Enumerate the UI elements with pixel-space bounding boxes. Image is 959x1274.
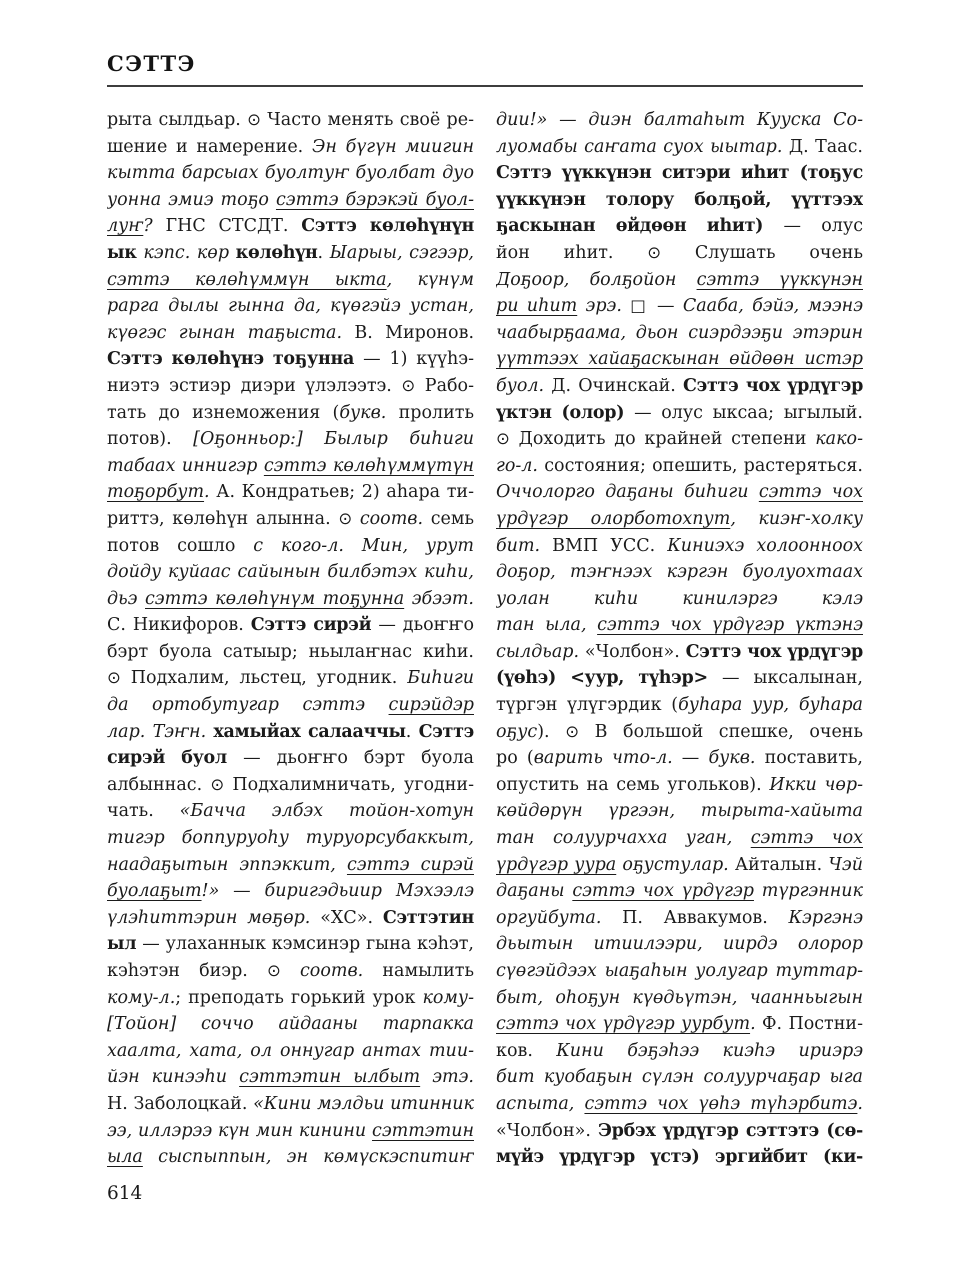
text-run: үктэн (олор) xyxy=(496,403,634,423)
text-run: !» — биригэдьиир Мэхээлэ xyxy=(202,881,474,901)
text-run: оргуйбута. xyxy=(496,908,622,928)
text-line: кытта барсыах буолтуҥ буолбат дуо xyxy=(107,160,474,187)
text-run: ВМП УСС. xyxy=(552,536,667,556)
text-line: луҥ? ГНС СТСДТ. Сэттэ көлөһүнүн xyxy=(107,213,474,240)
text-line: сэттэ көлөһүммүн ыкта, күнүм хараа- xyxy=(107,267,474,294)
text-run: эбээт. xyxy=(404,589,474,609)
text-run: сэттэ сирэй xyxy=(347,855,474,875)
text-line: кэһэтэн биэр. ⊙ соотв. намылить голову xyxy=(107,958,474,985)
text-run: Сэттэ xyxy=(419,722,474,742)
text-run: оҕустулар. xyxy=(616,855,735,875)
text-line: Оччолорго даҕаны биһиги сэттэ чох xyxy=(496,479,863,506)
text-run: Подхалим, льстец, угодник. xyxy=(121,668,407,688)
text-run: уонна эмиэ тоҕо xyxy=(107,190,276,210)
text-run: түргэнник xyxy=(754,881,863,901)
text-run: көйдөрүн үргээн, тырыта-хайыта тыы- xyxy=(496,801,863,825)
text-run: Сэттэ көлөһүнэ тоҕунна xyxy=(107,349,363,369)
text-run: Ф. Постни- xyxy=(762,1014,863,1034)
text-run: потов сошло xyxy=(107,536,253,556)
text-line: потов сошло с кого-л. Мин, урут соҕуруу xyxy=(107,533,474,560)
running-head: СЭТТЭ xyxy=(107,51,196,76)
text-line: ыла сыспыппын, эн көмүскэспитиҥ xyxy=(107,1144,474,1171)
text-line: шение и намерение. Эн бүгүн миигин xyxy=(107,134,474,161)
text-run: «Кини мэлдьи итинник xyxy=(253,1094,474,1114)
text-line: үлэһиттэрин мөҕөр. «ХС». Сэттэтин xyxy=(107,905,474,932)
text-run: . xyxy=(204,482,216,502)
header-rule xyxy=(107,85,863,87)
circled-dot-icon: ⊙ xyxy=(565,722,579,741)
text-line: мүйэ үрдүгэр үстэ) эргийбит (ки- xyxy=(496,1144,863,1171)
text-run: ). xyxy=(537,722,565,742)
text-line: үрдүгэр олорботохпут, киэҥ-холку эти- xyxy=(496,506,863,533)
text-line: Доҕоор, болҕойон сэттэ үүккүнэн ситэ- xyxy=(496,267,863,294)
text-run: соотв. xyxy=(352,509,423,529)
text-run: сирэйдэр xyxy=(389,695,474,715)
text-run: Икки чөр- xyxy=(769,775,863,795)
text-line: го-л. состояния; опешить, растеряться. xyxy=(496,453,863,480)
text-line: сирэй буол — дьоҥҥо бэрт буола сатаа, xyxy=(107,745,474,772)
text-run: да ортобутугар сэттэ xyxy=(107,695,389,715)
text-line: опустить на семь угольков). Икки чөр- xyxy=(496,772,863,799)
text-run: Сэттэтин xyxy=(383,908,474,928)
text-line: риттэ, көлөһүн алынна. ⊙ соотв. семь xyxy=(107,506,474,533)
text-run: ? xyxy=(143,216,165,236)
text-run: варить что-л. xyxy=(534,748,673,768)
text-run: рарга дылы гынна да, күөгэйэ устан, xyxy=(107,296,474,316)
text-run: тать до изнеможения ( xyxy=(107,403,339,423)
text-line: быт, оһоҕун күөдьүтэн, чаанньыгын xyxy=(496,985,863,1012)
text-run: — xyxy=(673,748,709,768)
text-run: буһара уур, буһара xyxy=(678,695,863,715)
text-run: Подхалимничать, угодни- xyxy=(224,775,474,795)
text-run: ыла xyxy=(107,1147,143,1167)
text-run: Эн бүгүн миигин xyxy=(312,137,474,157)
text-run: кэпс. көр xyxy=(143,243,235,263)
text-run: быт, оһоҕун күөдьүтэн, чаанньыгын xyxy=(496,988,863,1008)
text-line: ро (варить что-л. — букв. поставить, xyxy=(496,745,863,772)
text-line: Н. Заболоцкай. «Кини мэлдьи итинник xyxy=(107,1091,474,1118)
text-line: табаах иннигэр сэттэ көлөһүммүтүн xyxy=(107,453,474,480)
text-run: уолан киһи кинилэргэ кэлэ сылдьыаҕыт- xyxy=(496,589,863,613)
text-line: ⊙ Подхалим, льстец, угодник. Биһиги xyxy=(107,665,474,692)
text-run: Д. Очинскай. xyxy=(551,376,683,396)
text-line: түргэн үлүгэрдик (буһара уур, буһара xyxy=(496,692,863,719)
text-run: Рабо- xyxy=(415,376,474,396)
text-run: луҥ xyxy=(107,216,143,236)
text-line: наадаҕытын эппэккит, сэттэ сирэй xyxy=(107,852,474,879)
text-line: сүөгэйдээх ыаҕаһын уолугар туттар- xyxy=(496,958,863,985)
text-run: Доходить до крайней степени xyxy=(510,429,815,449)
text-run: дойду куйаас сайынын билбэтэх киһи, xyxy=(107,562,474,582)
text-run: буолаҕыт xyxy=(107,881,202,901)
circled-dot-icon: ⊙ xyxy=(247,110,261,129)
circled-dot-icon: ⊙ xyxy=(210,775,224,794)
text-run: ык xyxy=(107,243,143,263)
text-line: уолан киһи кинилэргэ кэлэ сылдьыаҕыт- xyxy=(496,586,863,613)
text-line: сэттэ чох үрдүгэр уурбут. Ф. Постни- xyxy=(496,1011,863,1038)
text-run: — дьоҥҥо xyxy=(378,615,474,635)
text-columns: рыта сылдьар. ⊙ Часто менять своё ре-шен… xyxy=(107,107,863,1171)
text-run: В. Миронов. xyxy=(354,323,474,343)
text-run: . xyxy=(406,722,419,742)
text-line: ҕаскынан өйдөөн иһит) — олус болҕо- xyxy=(496,213,863,240)
text-run: кытта барсыах буолтуҥ буолбат дуо xyxy=(107,163,474,183)
text-run: бит. xyxy=(496,536,552,556)
text-run: сэттэ чох xyxy=(759,482,863,502)
text-run: сэттэтин ылбыт xyxy=(239,1067,420,1087)
text-line: «Чолбон». Эрбэх үрдүгэр сэттэтэ (сө- xyxy=(496,1118,863,1145)
text-run: Биһиги xyxy=(407,668,474,688)
text-line: кому-л.; преподать горький урок кому-л. xyxy=(107,985,474,1012)
text-line: үүккүнэн толору болҕой, үүттээх хайа- xyxy=(496,187,863,214)
text-run: како- xyxy=(815,429,863,449)
circled-dot-icon: ⊙ xyxy=(647,243,661,262)
text-run: күөгэс гынан таҕыста. xyxy=(107,323,354,343)
text-run: . xyxy=(857,1094,863,1114)
text-run: сэттэтин xyxy=(372,1121,474,1141)
text-line: рыта сылдьар. ⊙ Часто менять своё ре- xyxy=(107,107,474,134)
text-line: лар. Тэҥн. хамыйах салааччы. Сэттэ xyxy=(107,719,474,746)
text-run: хамыйах салааччы xyxy=(213,722,405,742)
text-run: Доҕоор, болҕойон xyxy=(496,270,697,290)
text-line: рарга дылы гынна да, күөгэйэ устан, xyxy=(107,293,474,320)
text-line: бит. ВМП УСС. Киниэхэ холоонноох xyxy=(496,533,863,560)
text-line: [Тойон] соччо айдааны тарпакка баран xyxy=(107,1011,474,1038)
text-line: чать. «Бачча элбэх тойон-хотун кэлби- xyxy=(107,798,474,825)
column-right: дии!» — диэн балтаһыт Кууска Со-луомабы … xyxy=(496,107,863,1171)
text-line: көйдөрүн үргээн, тырыта-хайыта тыы- xyxy=(496,798,863,825)
text-run: ро ( xyxy=(496,748,534,768)
text-line: үрдүгэр уура оҕустулар. Айталын. Чэй xyxy=(496,852,863,879)
text-line: йэн кинээһи сэттэтин ылбыт этэ. xyxy=(107,1064,474,1091)
page-number: 614 xyxy=(107,1183,142,1204)
text-run: кэһэтэн биэр. xyxy=(107,961,267,981)
text-run: ГНС СТСДТ. xyxy=(165,216,301,236)
text-run: букв. xyxy=(339,403,386,423)
text-run: «ХС». xyxy=(320,908,383,928)
text-line: Сэттэ көлөһүнэ тоҕунна — 1) күүһэ-сэ- xyxy=(107,346,474,373)
text-line: чаабырҕаама, дьон сиэрдээҕи этэрин xyxy=(496,320,863,347)
text-line: ыл — улаханнык кэмсинэр гына кэһэт, xyxy=(107,931,474,958)
text-line: тан солуурчахха уган, сэттэ чох xyxy=(496,825,863,852)
text-run: йэн кинээһи xyxy=(107,1067,239,1087)
text-run: риттэ, көлөһүн алынна. xyxy=(107,509,338,529)
text-run: рыта сылдьар. xyxy=(107,110,247,130)
text-run: дии!» — диэн балтаһыт Кууска Со- xyxy=(496,110,863,130)
text-line: уонна эмиэ тоҕо сэттэ бэрэкэй буол- xyxy=(107,187,474,214)
text-run: Сэттэ чох үрдүгэр xyxy=(683,376,863,396)
text-line: күөгэс гынан таҕыста. В. Миронов. xyxy=(107,320,474,347)
text-run: — олус ыксаа; ыгылый. xyxy=(634,403,863,423)
text-run: сэттэ чох үөһэ түһэрбитэ xyxy=(584,1094,857,1114)
text-line: тоҕорбут. А. Кондратьев; 2) аһара ти- xyxy=(107,479,474,506)
text-line: С. Никифоров. Сэттэ сирэй — дьоҥҥо xyxy=(107,612,474,639)
text-line: үктэн (олор) — олус ыксаа; ыгылый. xyxy=(496,400,863,427)
text-run: табаах иннигэр xyxy=(107,456,264,476)
text-run: ыл xyxy=(107,934,142,954)
text-run: түргэн үлүгэрдик ( xyxy=(496,695,678,715)
text-run: албыннас. xyxy=(107,775,210,795)
text-run: ; преподать горький урок xyxy=(175,988,422,1008)
text-run: Часто менять своё ре- xyxy=(261,110,474,130)
text-line: ри иһит эрэ. □ — Сааба, бэйэ, мээнэ xyxy=(496,293,863,320)
text-run: буол. xyxy=(496,376,551,396)
text-run: П. Аввакумов. xyxy=(622,908,788,928)
text-run: — xyxy=(649,296,683,316)
column-left: рыта сылдьар. ⊙ Часто менять своё ре-шен… xyxy=(107,107,474,1171)
text-run: Д. Таас. xyxy=(789,137,863,157)
text-run: сэттэ чох үрдүгэр xyxy=(572,881,754,901)
text-run: үрдүгэр олорботохпут xyxy=(496,509,730,529)
text-run: аспыта, xyxy=(496,1094,584,1114)
text-run: Эрбэх үрдүгэр сэттэтэ (сө- xyxy=(598,1121,863,1141)
text-run: потов). xyxy=(107,429,193,449)
text-run: . xyxy=(318,243,330,263)
text-line: ков. Кини бэҕэһээ киэһэ ириэрэ киллэр- xyxy=(496,1038,863,1065)
circled-dot-icon: ⊙ xyxy=(401,376,415,395)
text-run: С. Никифоров. xyxy=(107,615,251,635)
text-run: поставить, xyxy=(755,748,863,768)
text-run: го-л. xyxy=(496,456,538,476)
text-run: сэттэ көлөһүнүм тоҕунна xyxy=(145,589,404,609)
text-run: бэрт буола сатыыр; ньылаҥнас киһи. xyxy=(107,642,474,662)
text-run: сэттэ чох үрдүгэр уурбут xyxy=(496,1014,750,1034)
text-run: сэттэ чох үрдүгэр үктэнэ xyxy=(597,615,863,635)
text-run: эрэ. xyxy=(577,296,630,316)
text-run: үүттээх хайаҕаскынан өйдөөн истэр xyxy=(496,349,863,369)
dictionary-page: СЭТТЭ рыта сылдьар. ⊙ Часто менять своё … xyxy=(0,0,959,1274)
text-run: Ыарыы, сэгээр, xyxy=(330,243,474,263)
text-run: опустить на семь угольков). xyxy=(496,775,769,795)
text-run: ков. xyxy=(496,1041,556,1061)
text-run: Сэттэ чох үрдүгэр xyxy=(686,642,863,662)
text-run: Сэттэ сирэй xyxy=(251,615,379,635)
text-run: — ыксалынан, xyxy=(722,668,863,688)
text-line: ээ, иллэрээ күн мин кинини сэттэтин xyxy=(107,1118,474,1145)
text-line: бэрт буола сатыыр; ньылаҥнас киһи. xyxy=(107,639,474,666)
square-icon: □ xyxy=(630,296,648,315)
text-line: дьытын итиилээри, иирдэ олорор xyxy=(496,931,863,958)
text-run: тоҕорбут xyxy=(107,482,204,502)
text-run: Оччолорго даҕаны биһиги xyxy=(496,482,759,502)
text-run: . xyxy=(750,1014,762,1034)
text-run: сирэй буол xyxy=(107,748,243,768)
text-run: наадаҕытын эппэккит, xyxy=(107,855,347,875)
text-run: йон иһит. xyxy=(496,243,647,263)
text-run: этэ. xyxy=(420,1067,474,1087)
text-run: Сааба, бэйэ, мээнэ xyxy=(683,296,863,316)
text-line: тан ыла, сэттэ чох үрдүгэр үктэнэ xyxy=(496,612,863,639)
text-line: йон иһит. ⊙ Слушать очень внимательно. xyxy=(496,240,863,267)
text-line: дьэ сэттэ көлөһүнүм тоҕунна эбээт. xyxy=(107,586,474,613)
text-run: — улаханнык кэмсинэр гына кэһэт, xyxy=(142,934,474,954)
text-run: оҕус xyxy=(496,722,537,742)
text-run: үлэһиттэрин мөҕөр. xyxy=(107,908,320,928)
text-line: луомабы саҥата суох ыытар. Д. Таас. xyxy=(496,134,863,161)
text-run: үрдүгэр уура xyxy=(496,855,616,875)
text-run: Чэй xyxy=(828,855,863,875)
text-line: даҕаны сэттэ чох үрдүгэр түргэнник xyxy=(496,878,863,905)
text-run: кому-л. xyxy=(107,988,175,1008)
text-run: чать. xyxy=(107,801,180,821)
text-run: чаабырҕаама, дьон сиэрдээҕи этэрин xyxy=(496,323,863,343)
text-run: А. Кондратьев; 2) аһара ти- xyxy=(216,482,474,502)
text-run: Киниэхэ холоонноох xyxy=(667,536,863,556)
text-run: дьытын итиилээри, иирдэ олорор xyxy=(496,934,863,954)
circled-dot-icon: ⊙ xyxy=(267,961,281,980)
text-line: потов). [Оҕонньор:] Былыр биһиги хамса xyxy=(107,426,474,453)
text-run: «Чолбон». xyxy=(585,642,686,662)
text-run: Н. Заболоцкай. xyxy=(107,1094,253,1114)
text-run: сэттэ чох xyxy=(751,828,863,848)
text-run: сэттэ көлөһүммүн ыкта xyxy=(107,270,387,290)
text-run: сэттэ бэрэкэй буол- xyxy=(276,190,474,210)
text-line: ык кэпс. көр көлөһүн. Ыарыы, сэгээр, xyxy=(107,240,474,267)
text-run: сэттэ көлөһүммүтүн xyxy=(264,456,474,476)
circled-dot-icon: ⊙ xyxy=(107,668,121,687)
text-line: буолаҕыт!» — биригэдьиир Мэхээлэ xyxy=(107,878,474,905)
text-run: бит куобаҕын сүлэн солуурчаҕар ыга xyxy=(496,1067,863,1087)
text-run: (үөһэ) <уур, түһэр> xyxy=(496,668,722,688)
text-run: шение и намерение. xyxy=(107,137,312,157)
text-line: албыннас. ⊙ Подхалимничать, угодни- xyxy=(107,772,474,799)
text-line: аспыта, сэттэ чох үөһэ түһэрбитэ. xyxy=(496,1091,863,1118)
text-run: тан солуурчахха уган, xyxy=(496,828,751,848)
text-run: хаалта, хата, ол оннугар антах тии- xyxy=(107,1041,474,1061)
text-line: оргуйбута. П. Аввакумов. Кэргэнэ ыал- xyxy=(496,905,863,932)
text-line: сылдьар. «Чолбон». Сэттэ чох үрдүгэр xyxy=(496,639,863,666)
text-line: үүттээх хайаҕаскынан өйдөөн истэр xyxy=(496,346,863,373)
text-line: тать до изнеможения (букв. пролить семь xyxy=(107,400,474,427)
text-run: дьэ xyxy=(107,589,145,609)
text-run: үүккүнэн толору болҕой, үүттээх хайа- xyxy=(496,190,863,214)
text-line: буол. Д. Очинскай. Сэттэ чох үрдүгэр xyxy=(496,373,863,400)
circled-dot-icon: ⊙ xyxy=(496,429,510,448)
text-run: ээ, иллэрээ күн мин кинини xyxy=(107,1121,372,1141)
text-run: сүөгэйдээх ыаҕаһын уолугар туттар- xyxy=(496,961,863,981)
text-run: тигэр боппуруоһу туруорсубаккыт, xyxy=(107,828,474,848)
text-line: (үөһэ) <уур, түһэр> — ыксалынан, xyxy=(496,665,863,692)
text-line: доҕор, тэҥнээх кэргэн буолуохтаах xyxy=(496,559,863,586)
text-run: даҕаны xyxy=(496,881,572,901)
text-line: ниэтэ эстиэр диэри үлэлээтэ. ⊙ Рабо- xyxy=(107,373,474,400)
text-run: тан ыла, xyxy=(496,615,597,635)
text-run: букв. xyxy=(708,748,755,768)
text-run: «Чолбон». xyxy=(496,1121,598,1141)
circled-dot-icon: ⊙ xyxy=(338,509,352,528)
text-run: луомабы саҥата суох ыытар. xyxy=(496,137,789,157)
text-line: оҕус). ⊙ В большой спешке, очень быст- xyxy=(496,719,863,746)
text-run: доҕор, тэҥнээх кэргэн буолуохтаах xyxy=(496,562,863,582)
text-run: семь xyxy=(423,509,474,529)
text-run: көлөһүн xyxy=(236,243,318,263)
text-run: [Тойон] соччо айдааны тарпакка баран xyxy=(107,1014,474,1038)
text-run: Сэттэ көлөһүнүн xyxy=(301,216,474,236)
text-line: Сэттэ үүккүнэн ситэри иһит (тоҕус xyxy=(496,160,863,187)
text-run: ниэтэ эстиэр диэри үлэлээтэ. xyxy=(107,376,401,396)
text-run: соотв. xyxy=(281,961,363,981)
text-line: дии!» — диэн балтаһыт Кууска Со- xyxy=(496,107,863,134)
text-run: лар. Тэҥн. xyxy=(107,722,213,742)
text-run: ҕаскынан өйдөөн иһит) xyxy=(496,216,784,236)
text-line: хаалта, хата, ол оннугар антах тии- xyxy=(107,1038,474,1065)
text-run: сыспыппын, эн көмүскэспитиҥ xyxy=(143,1147,474,1167)
text-run: сылдьар. xyxy=(496,642,585,662)
text-run: Айталын. xyxy=(735,855,828,875)
text-line: ⊙ Доходить до крайней степени како- xyxy=(496,426,863,453)
text-run: ри иһит xyxy=(496,296,577,316)
text-line: да ортобутугар сэттэ сирэйдэр баал- xyxy=(107,692,474,719)
text-line: бит куобаҕын сүлэн солуурчаҕар ыга xyxy=(496,1064,863,1091)
text-run: состояния; опешить, растеряться. xyxy=(538,456,863,476)
text-line: дойду куйаас сайынын билбэтэх киһи, xyxy=(107,559,474,586)
text-line: тигэр боппуруоһу туруорсубаккыт, xyxy=(107,825,474,852)
text-run: мүйэ үрдүгэр үстэ) эргийбит (ки- xyxy=(496,1147,863,1167)
text-run: Сэттэ үүккүнэн ситэри иһит (тоҕус xyxy=(496,163,863,183)
